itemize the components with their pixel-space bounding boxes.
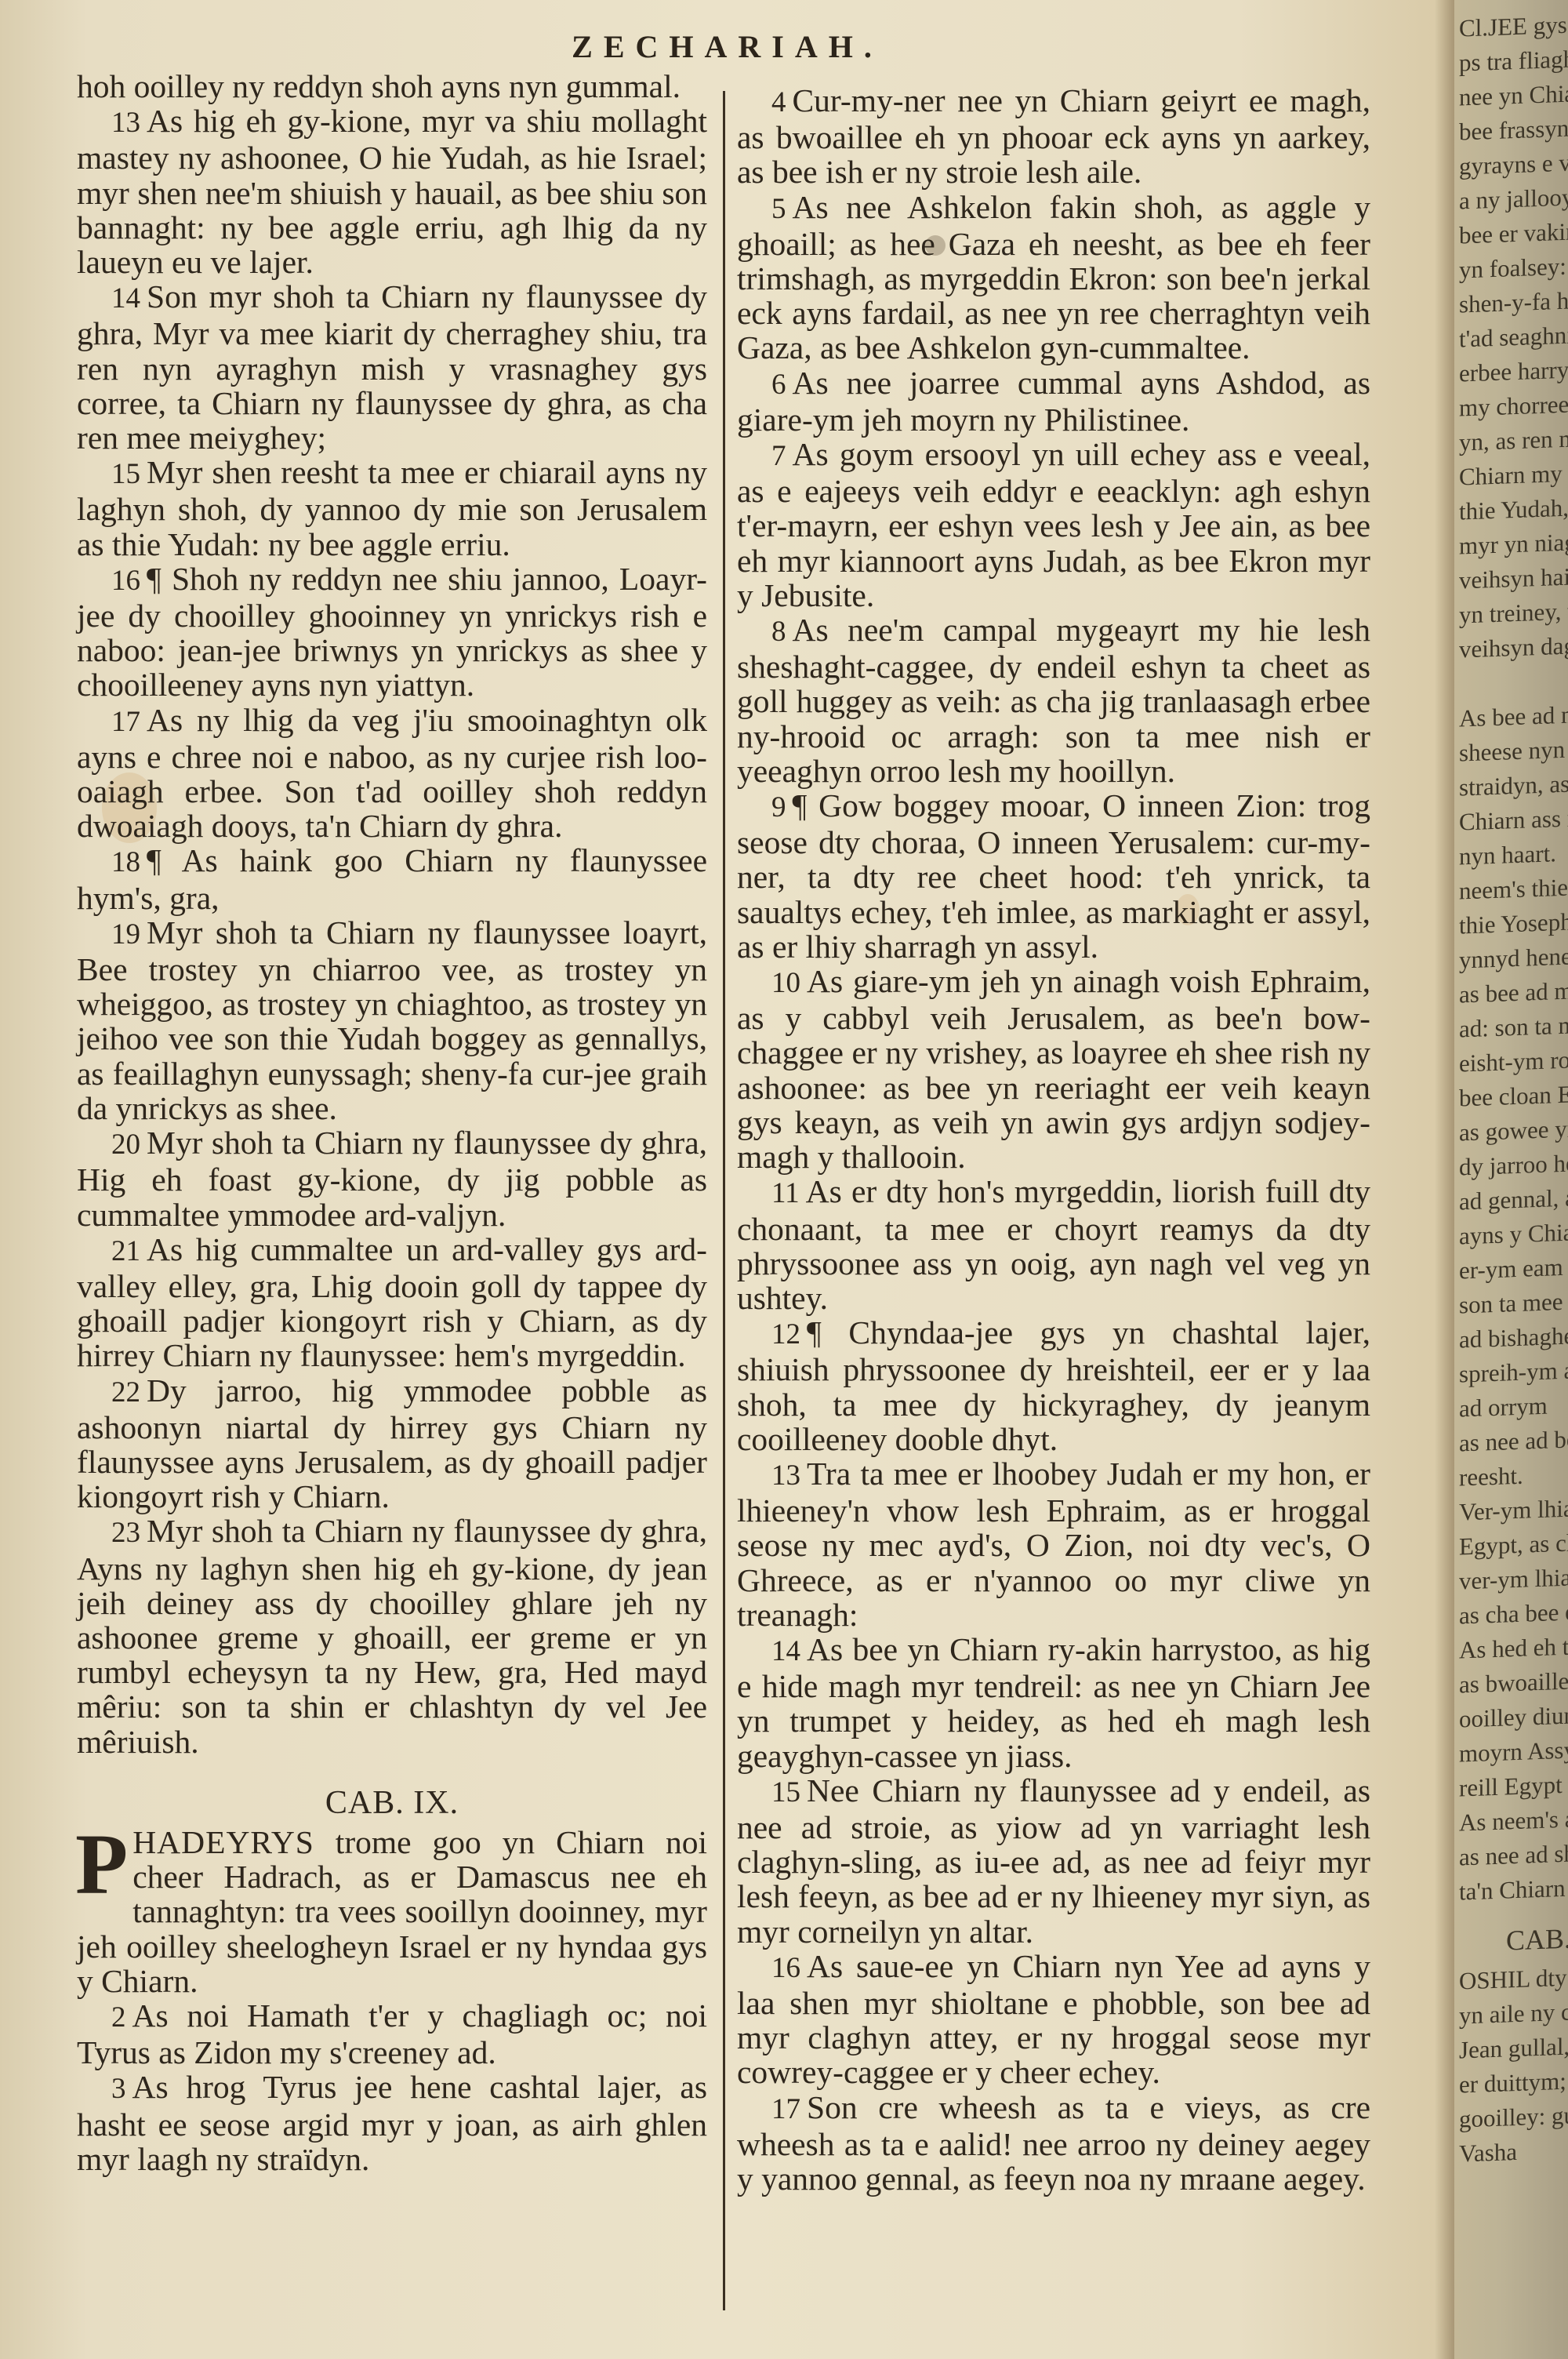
verse-number: 5 (771, 193, 786, 225)
verse-number: 13 (771, 1459, 800, 1492)
facing-line: bee er vakin breg (1459, 211, 1568, 253)
right-column: 4Cur-my-ner nee yn Chiarn geiyrt ee magh… (737, 83, 1370, 2196)
verse: 21As hig cummaltee un ard-valley gys ard… (77, 1232, 707, 1373)
facing-line: nee yn Chiarn boc (1459, 73, 1568, 114)
facing-line: myr yn niagh trean (1459, 522, 1568, 563)
facing-line: gooilley: gull-i (1459, 2095, 1568, 2136)
facing-line: ad bishaghey myr t' (1459, 1315, 1568, 1357)
facing-line: Egypt, as chyms (1459, 1522, 1568, 1564)
verse-text: Son cre wheesh as ta e vieys, as cre whe… (737, 2089, 1370, 2197)
verse-text: As ny lhig da veg j'iu smooinaghtyn olk … (77, 702, 707, 845)
facing-line: nyn haart. (1459, 832, 1568, 874)
facing-line: er duittym; son dy (1459, 2060, 1568, 2102)
facing-line: a ny jallooyn er (1459, 176, 1568, 218)
facing-line: ad: son ta mish (1459, 1005, 1568, 1046)
facing-line: my chorree er ny (1459, 383, 1568, 425)
facing-line: thie Yudah, (1459, 487, 1568, 529)
verse-number: 8 (771, 616, 786, 648)
pilcrow-icon: ¶ (147, 561, 172, 597)
facing-line: ver-ym lhiam ad (1459, 1557, 1568, 1598)
verse-text: As goym ersooyl yn uill echey ass e veea… (737, 436, 1370, 613)
verse: 7As goym ersooyl yn uill echey ass e vee… (737, 437, 1370, 612)
verse: 16¶ Shoh ny reddyn nee shiu jannoo, Loay… (77, 562, 707, 703)
right-verse-list: 4Cur-my-ner nee yn Chiarn geiyrt ee magh… (737, 83, 1370, 2196)
facing-line: ps tra fliaghey s'jer (1459, 38, 1568, 80)
verse: 4Cur-my-ner nee yn Chiarn geiyrt ee magh… (737, 83, 1370, 190)
pilcrow-icon: ¶ (793, 787, 819, 823)
verse-number: 15 (111, 458, 140, 490)
facing-line: er-ym eam daue, as (1459, 1246, 1568, 1288)
verse-text: As nee joarree cummal ayns Ashdod, as gi… (737, 365, 1370, 438)
facing-line: thie Yoseph, as ver (1459, 901, 1568, 943)
verse: 5As nee Ashkelon fakin shoh, as aggle y … (737, 190, 1370, 365)
verse-number: 15 (771, 1776, 800, 1808)
verse-number: 12 (771, 1318, 800, 1350)
verse-text: Myr shoh ta Chiarn ny flaunyssee loayrt,… (77, 914, 707, 1126)
facing-line: neem's thie Yudah (1459, 867, 1568, 908)
opening-caps-word: HADEYRYS (132, 1824, 314, 1860)
facing-line: bee frassyn fliaghe (1459, 107, 1568, 149)
facing-page-text: Cl.JEE gys y Chiaps tra fliaghey s'jerne… (1459, 4, 1568, 2171)
verse-number: 11 (771, 1177, 800, 1209)
verse-text: As saue-ee yn Chiarn nyn Yee ad ayns y l… (737, 1948, 1370, 2091)
verse-text: Gow boggey mooar, O inneen Zion: trog se… (737, 787, 1370, 965)
facing-line: ta'n Chiarn dy g (1459, 1867, 1568, 1909)
column-divider (723, 91, 725, 2310)
facing-line: spreih-ym ad n (1459, 1350, 1568, 1391)
facing-line: reesht. (1459, 1453, 1568, 1495)
verse-text: As er dty hon's myrgeddin, liorish fuill… (737, 1173, 1370, 1316)
verse-text: Myr shen reesht ta mee er chiarail ayns … (77, 454, 707, 562)
verse-number: 10 (771, 967, 800, 999)
left-verse-list: 13As hig eh gy-kione, myr va shiu mollag… (77, 104, 707, 1759)
pilcrow-icon: ¶ (147, 842, 182, 878)
facing-line: veihsyn dagh (1459, 625, 1568, 667)
facing-line: straidyn, as nee ad (1459, 763, 1568, 805)
facing-line: As bee ad myr de (1459, 694, 1568, 736)
chapter-verse-list: 2As noi Hamath t'er y chagliagh oc; noi … (77, 1998, 707, 2176)
facing-line: shen-y-fa hie ad (1459, 280, 1568, 322)
verse-number: 17 (771, 2093, 800, 2125)
verse-number: 16 (111, 565, 140, 597)
verse: 16As saue-ee yn Chiarn nyn Yee ad ayns y… (737, 1949, 1370, 2090)
facing-line: yn aile ny ceda (1459, 1991, 1568, 2033)
verse: 17As ny lhig da veg j'iu smooinaghtyn ol… (77, 703, 707, 844)
facing-line: Jean gullal, O vil (1459, 2026, 1568, 2067)
verse-number: 19 (111, 918, 140, 951)
verse-number: 16 (771, 1952, 800, 1984)
facing-line: as nee ad beaghey (1459, 1419, 1568, 1460)
verse-continuation: hoh ooilley ny reddyn shoh ayns nyn gumm… (77, 69, 707, 104)
facing-line: reill Egypt er ny (1459, 1764, 1568, 1805)
verse-number: 17 (111, 706, 140, 738)
facing-line: erbee harrystoo. (1459, 349, 1568, 391)
verse-text: As noi Hamath t'er y chagliagh oc; noi T… (77, 1997, 707, 2070)
running-header: ZECHARIAH. (0, 28, 1454, 65)
facing-line: ooilley diunidyn y (1459, 1695, 1568, 1736)
facing-line: son ta mee er ch (1459, 1281, 1568, 1322)
facing-line: ayns y Chiarn. (1459, 1212, 1568, 1253)
verse-text: As hig cummaltee un ard-valley gys ard-v… (77, 1231, 707, 1374)
facing-chapter-heading: CAB. X (1506, 1917, 1568, 1957)
verse: 23Myr shoh ta Chiarn ny flaunyssee dy gh… (77, 1514, 707, 1758)
facing-line: as nee ad shooyl (1459, 1833, 1568, 1874)
facing-line: sheese nyn noidyn (1459, 729, 1568, 770)
verse-text: Tra ta mee er lhoobey Judah er my hon, e… (737, 1456, 1370, 1633)
verse-number: 21 (111, 1235, 140, 1267)
verse: 9¶ Gow boggey mooar, O inneen Zion: trog… (737, 788, 1370, 964)
verse-number: 20 (111, 1129, 140, 1161)
verse-text: As hrog Tyrus jee hene cashtal lajer, as… (77, 2069, 707, 2176)
verse: 17Son cre wheesh as ta e vieys, as cre w… (737, 2090, 1370, 2197)
verse-number: 6 (771, 369, 786, 401)
verse-number: 2 (111, 2001, 126, 2034)
verse: 6As nee joarree cummal ayns Ashdod, as g… (737, 365, 1370, 437)
facing-page: Cl.JEE gys y Chiaps tra fliaghey s'jerne… (1454, 0, 1568, 2359)
verse-number: 7 (771, 440, 786, 472)
verse-text: Myr shoh ta Chiarn ny flaunyssee dy ghra… (77, 1125, 707, 1232)
facing-line: Cl.JEE gys y Chia (1459, 4, 1568, 45)
verse-text: Cur-my-ner nee yn Chiarn geiyrt ee magh,… (737, 82, 1370, 190)
chapter-heading: CAB. IX. (77, 1786, 707, 1820)
verse-number: 14 (771, 1635, 800, 1667)
facing-line: as gowee yn cree (1459, 1108, 1568, 1150)
facing-line: gyrayns e vagher. (1459, 142, 1568, 184)
verse-text: As bee yn Chiarn ry-akin harrystoo, as h… (737, 1631, 1370, 1774)
facing-line: as cha bee eh (1459, 1591, 1568, 1633)
verse: 15Myr shen reesht ta mee er chiarail ayn… (77, 455, 707, 562)
verse: 8As nee'm campal mygeayrt my hie lesh sh… (737, 612, 1370, 788)
verse: 11As er dty hon's myrgeddin, liorish fui… (737, 1174, 1370, 1315)
verse: 10As giare-ym jeh yn ainagh voish Ephrai… (737, 964, 1370, 1174)
verse-number: 22 (111, 1376, 140, 1408)
verse-text: As nee Ashkelon fakin shoh, as aggle y g… (737, 189, 1370, 366)
verse: 2As noi Hamath t'er y chagliagh oc; noi … (77, 1998, 707, 2070)
verse: 14Son myr shoh ta Chiarn ny flaunyssee d… (77, 279, 707, 455)
facing-line: As neem's ad y (1459, 1798, 1568, 1840)
facing-line: OSHIL dty ghorryssy (1459, 1957, 1568, 1998)
verse: 13Tra ta mee er lhoobey Judah er my hon,… (737, 1456, 1370, 1632)
verse-number: 4 (771, 86, 786, 118)
verse-number: 3 (111, 2073, 126, 2105)
verse-number: 9 (771, 791, 786, 823)
verse: 14As bee yn Chiarn ry-akin harrystoo, as… (737, 1632, 1370, 1773)
verse-text: Dy jarroo, hig ymmodee pobble as ashoony… (77, 1372, 707, 1515)
verse-number: 23 (111, 1517, 140, 1549)
facing-line: as bwoaillee eh t (1459, 1660, 1568, 1702)
facing-line: eisht-ym roo. (1459, 1039, 1568, 1081)
facing-line: yn, as ren mee ker (1459, 418, 1568, 460)
verse: 3As hrog Tyrus jee hene cashtal lajer, a… (77, 2070, 707, 2176)
facing-line: as bee ad myr nagh (1459, 970, 1568, 1012)
left-column: hoh ooilley ny reddyn shoh ayns nyn gumm… (77, 69, 707, 2176)
pilcrow-icon: ¶ (807, 1314, 848, 1350)
facing-line: As hed eh trooid (1459, 1626, 1568, 1667)
facing-line: Ver-ym lhiam rees (1459, 1488, 1568, 1529)
facing-line: Vasha (1459, 2129, 1568, 2171)
facing-line: bee cloan Ephrai (1459, 1074, 1568, 1115)
facing-line: moyrn Assyria er (1459, 1729, 1568, 1771)
facing-line: veihsyn haink yn (1459, 556, 1568, 598)
facing-line: ynnyd hene; so (1459, 936, 1568, 977)
facing-line: ad orrym (1459, 1384, 1568, 1426)
facing-line: Chiarn my flaunyss (1459, 453, 1568, 494)
verse: 15Nee Chiarn ny flaunyssee ad y endeil, … (737, 1773, 1370, 1949)
verse: 12¶ Chyndaa-jee gys yn chashtal lajer, s… (737, 1315, 1370, 1456)
chapter-opening: P HADEYRYS trome goo yn Chiarn noi cheer… (77, 1825, 707, 1998)
verse: 22Dy jarroo, hig ymmodee pobble as ashoo… (77, 1373, 707, 1514)
verse-text: Shoh ny reddyn nee shiu jannoo, Loayr-je… (77, 561, 707, 703)
book-page: ZECHARIAH. hoh ooilley ny reddyn shoh ay… (0, 0, 1454, 2359)
verse-text: As nee'm campal mygeayrt my hie lesh she… (737, 612, 1370, 789)
facing-line: yn treiney, ve (1459, 591, 1568, 632)
verse-number: 13 (111, 107, 140, 139)
verse-number: 14 (111, 282, 140, 314)
verse-text: Nee Chiarn ny flaunyssee ad y endeil, as… (737, 1772, 1370, 1950)
verse: 20Myr shoh ta Chiarn ny flaunyssee dy gh… (77, 1125, 707, 1232)
verse-text: Son myr shoh ta Chiarn ny flaunyssee dy … (77, 278, 707, 456)
verse-text: As hig eh gy-kione, myr va shiu mollaght… (77, 103, 707, 280)
verse-number: 18 (111, 846, 140, 878)
facing-line: Chiarn ass nyn lieh, a (1459, 798, 1568, 839)
verse: 13As hig eh gy-kione, myr va shiu mollag… (77, 104, 707, 279)
facing-line: t'ad seaghnit, er- (1459, 314, 1568, 356)
facing-line: ad gennal, as go (1459, 1177, 1568, 1219)
verse-text: As giare-ym jeh yn ainagh voish Ephraim,… (737, 963, 1370, 1175)
verse: 19Myr shoh ta Chiarn ny flaunyssee loayr… (77, 915, 707, 1125)
verse-text: Myr shoh ta Chiarn ny flaunyssee dy ghra… (77, 1513, 707, 1759)
drop-cap: P (75, 1830, 128, 1899)
facing-line: yn foalsey: t'ad (1459, 245, 1568, 287)
verse: 18¶ As haink goo Chiarn ny flaunyssee hy… (77, 843, 707, 914)
facing-line: dy jarroo hee (1459, 1143, 1568, 1184)
